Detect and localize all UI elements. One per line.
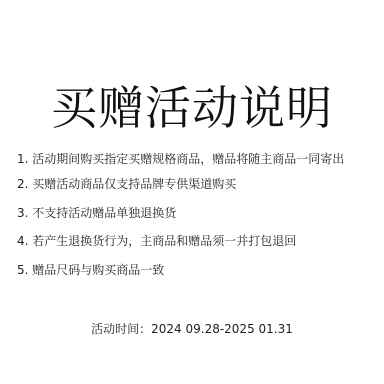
rule-item: 5. 赠品尺码与购买商品一致 (17, 262, 164, 278)
rule-item: 2. 买赠活动商品仅支持品牌专供渠道购买 (17, 176, 236, 192)
activity-time: 活动时间：2024 09.28-2025 01.31 (0, 321, 384, 337)
rule-item: 1. 活动期间购买指定买赠规格商品，赠品将随主商品一同寄出 (17, 151, 344, 167)
rule-item: 3. 不支持活动赠品单独退换货 (17, 205, 176, 221)
page-title: 买赠活动说明 (0, 80, 384, 136)
rule-item: 4. 若产生退换货行为，主商品和赠品须一并打包退回 (17, 233, 296, 249)
